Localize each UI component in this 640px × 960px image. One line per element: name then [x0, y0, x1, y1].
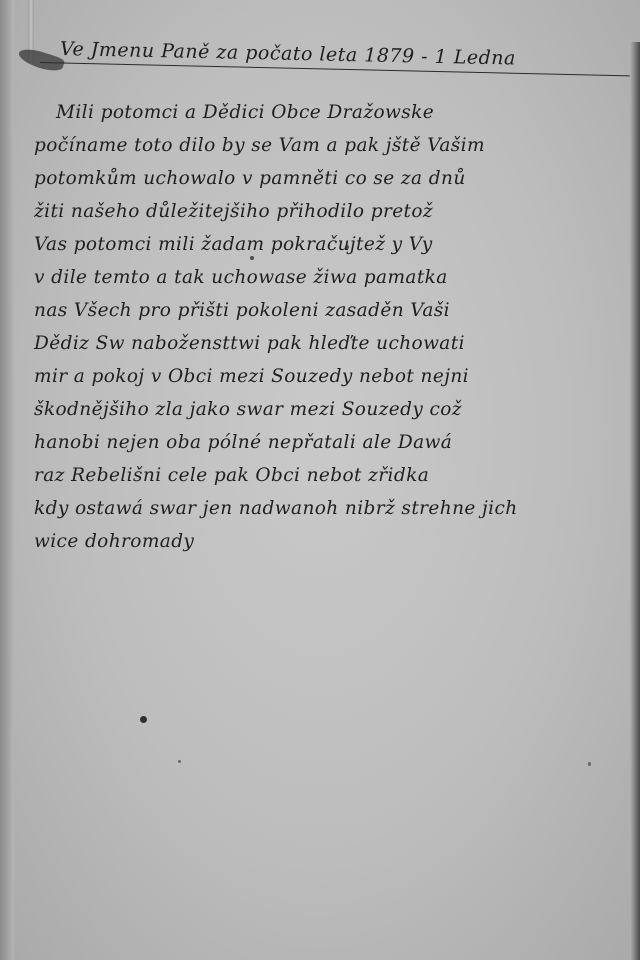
text-line: počíname toto dilo by se Vam a pak jště … — [26, 129, 626, 162]
ink-spot — [345, 245, 349, 249]
text-line: nas Všech pro přišti pokoleni zasaděn Va… — [26, 294, 626, 327]
manuscript-page: Ve Jmenu Paně za počato leta 1879 - 1 Le… — [0, 0, 640, 960]
text-line: škodnějšiho zla jako swar mezi Souzedy c… — [26, 393, 626, 426]
page-right-edge — [630, 42, 640, 960]
text-line: Dědiz Sw nabožensttwi pak hleďte uchowat… — [26, 327, 626, 360]
text-line: Mili potomci a Dědici Obce Dražowske — [26, 96, 626, 129]
ink-spot — [140, 716, 147, 723]
text-line: hanobi nejen oba pólné nepřatali ale Daw… — [26, 426, 626, 459]
text-line: potomkům uchowalo v pamněti co se za dnů — [26, 162, 626, 195]
text-line: žiti našeho důležitejšiho přihodilo pret… — [26, 195, 626, 228]
text-line: mir a pokoj v Obci mezi Souzedy nebot ne… — [26, 360, 626, 393]
ink-spot — [588, 762, 591, 766]
page-left-shadow — [0, 0, 14, 960]
ink-blot-icon — [17, 45, 66, 74]
ink-spot — [178, 760, 181, 763]
text-line: v dile temto a tak uchowase žiwa pamatka — [26, 261, 626, 294]
text-line: wice dohromady — [26, 525, 626, 558]
document-header: Ve Jmenu Paně za počato leta 1879 - 1 Le… — [60, 38, 630, 72]
manuscript-body: Mili potomci a Dědici Obce Dražowske poč… — [26, 96, 626, 558]
text-line: kdy ostawá swar jen nadwanoh nibrž streh… — [26, 492, 626, 525]
text-line: Vas potomci mili žadam pokračujtež y Vy — [26, 228, 626, 261]
text-line: raz Rebelišni cele pak Obci nebot zřidka — [26, 459, 626, 492]
ink-spot — [250, 256, 254, 260]
